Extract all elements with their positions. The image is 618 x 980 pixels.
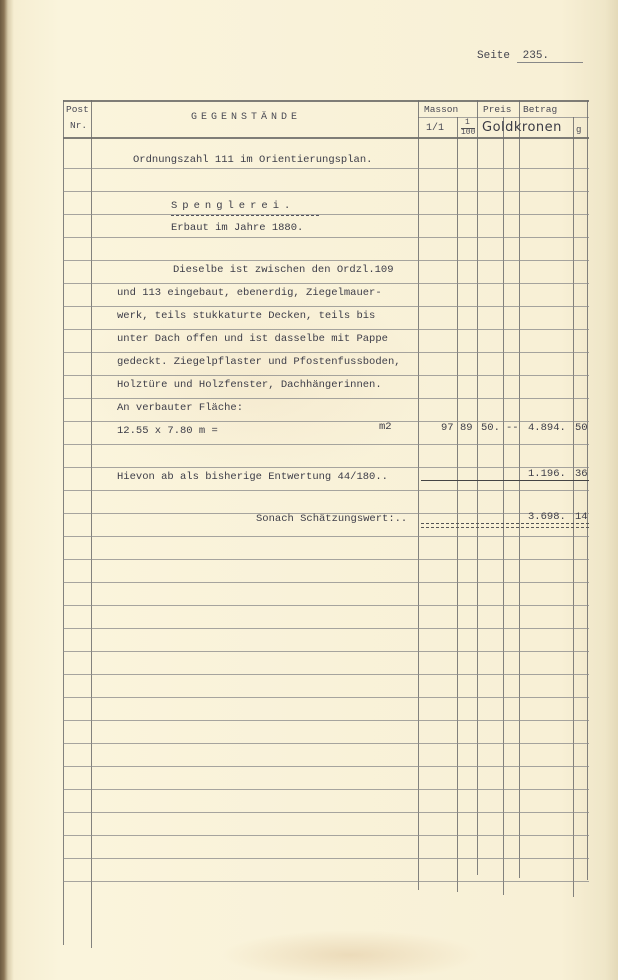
masson-header: Masson — [424, 105, 458, 115]
row-rule — [63, 858, 589, 859]
row-rule — [63, 191, 589, 192]
row-rule — [63, 306, 589, 307]
col-line-masson-sub — [457, 117, 458, 892]
area-preis-decimal: -- — [506, 423, 519, 434]
entry-line-ordnungszahl: Ordnungszahl 111 im Orientierungsplan. — [133, 155, 372, 166]
area-preis-value: 50. — [481, 423, 500, 434]
table-top-border — [63, 100, 589, 102]
masson-sub-fraction-den: 100 — [461, 128, 475, 137]
currency-suffix: g — [576, 126, 581, 135]
total-double-rule — [421, 523, 589, 528]
entry-line-deduction: Hievon ab als bisherige Entwertung 44/18… — [117, 472, 388, 483]
col-line-left — [63, 100, 64, 945]
page-number-header: Seite 235. — [477, 50, 583, 63]
entry-line-total-label: Sonach Schätzungswert:.. — [256, 514, 407, 525]
row-rule — [63, 168, 589, 169]
area-masson-decimal: 89 — [460, 423, 473, 434]
row-rule — [63, 697, 589, 698]
masson-sub-whole: 1/1 — [426, 124, 444, 134]
row-rule — [63, 329, 589, 330]
row-rule — [63, 375, 589, 376]
entry-line-area-label: An verbauter Fläche: — [117, 403, 243, 414]
total-betrag-value: 3.698. — [528, 512, 566, 523]
row-rule — [63, 789, 589, 790]
subtraction-rule — [421, 480, 589, 481]
row-rule — [63, 352, 589, 353]
preis-header: Preis — [483, 105, 512, 115]
area-betrag-decimal: 50 — [575, 423, 588, 434]
col-line-betrag-sub — [573, 117, 574, 897]
entry-line-title: Spenglerei. — [171, 201, 295, 212]
row-rule — [63, 467, 589, 468]
deduction-betrag-value: 1.196. — [528, 469, 566, 480]
row-rule — [63, 674, 589, 675]
row-rule — [63, 260, 589, 261]
area-betrag-value: 4.894. — [528, 423, 566, 434]
row-rule — [63, 214, 589, 215]
row-rule — [63, 444, 589, 445]
ledger-table: Post Nr. GEGENSTÄNDE Masson Preis Betrag… — [63, 100, 587, 945]
title-underline — [171, 215, 319, 216]
col-line-preis-sub — [503, 117, 504, 895]
col-line-post — [91, 100, 92, 948]
row-rule — [63, 490, 589, 491]
page-number: 235. — [517, 50, 583, 63]
col-line-masson — [418, 100, 419, 890]
entry-line-desc-3: werk, teils stukkaturte Decken, teils bi… — [117, 311, 375, 322]
row-rule — [63, 835, 589, 836]
total-betrag-decimal: 14 — [575, 512, 588, 523]
row-rule — [63, 559, 589, 560]
row-rule — [63, 605, 589, 606]
row-rule — [63, 743, 589, 744]
row-rule — [63, 582, 589, 583]
items-header: GEGENSTÄNDE — [191, 112, 301, 123]
row-rule — [63, 651, 589, 652]
col-line-betrag — [519, 100, 520, 878]
page-label: Seite — [477, 50, 510, 62]
header-bottom-rule — [63, 137, 589, 139]
row-rule — [63, 398, 589, 399]
post-header-line2: Nr. — [70, 121, 87, 131]
entry-line-area-calc: 12.55 x 7.80 m = — [117, 426, 218, 437]
col-line-preis — [477, 100, 478, 875]
row-rule — [63, 881, 589, 882]
entry-line-desc-2: und 113 eingebaut, ebenerdig, Ziegelmaue… — [117, 288, 382, 299]
currency-label: Goldkronen — [482, 120, 562, 135]
entry-line-desc-5: gedeckt. Ziegelpflaster und Pfostenfussb… — [117, 357, 401, 368]
row-rule — [63, 766, 589, 767]
row-rule — [63, 536, 589, 537]
masson-sub-fraction-num: 1 — [465, 119, 470, 127]
post-header-line1: Post — [66, 105, 89, 115]
entry-line-desc-6: Holztüre und Holzfenster, Dachhängerinne… — [117, 380, 382, 391]
entry-line-area-unit: m2 — [379, 422, 392, 433]
row-rule — [63, 812, 589, 813]
area-masson-value: 97 — [441, 423, 454, 434]
deduction-betrag-decimal: 36 — [575, 469, 588, 480]
row-rule — [63, 628, 589, 629]
row-rule — [63, 237, 589, 238]
entry-line-built: Erbaut im Jahre 1880. — [171, 223, 303, 234]
row-rule — [63, 720, 589, 721]
entry-line-desc-1: Dieselbe ist zwischen den Ordzl.109 — [173, 265, 394, 276]
betrag-header: Betrag — [523, 105, 557, 115]
entry-line-desc-4: unter Dach offen und ist dasselbe mit Pa… — [117, 334, 388, 345]
row-rule — [63, 283, 589, 284]
